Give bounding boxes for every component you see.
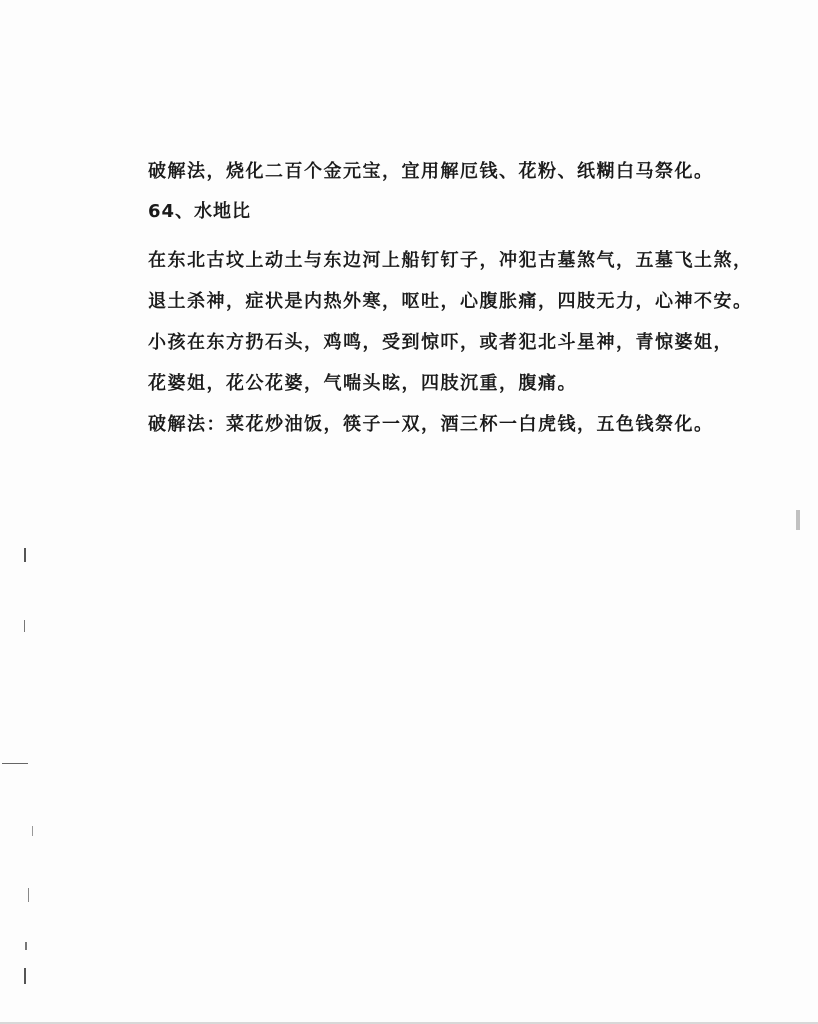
section-heading: 64、水地比	[148, 200, 251, 224]
scanned-page: 破解法，烧化二百个金元宝，宜用解厄钱、花粉、纸糊白马祭化。 64、水地比 在东北…	[0, 0, 818, 1024]
scan-artifact	[2, 763, 28, 764]
paragraph-line-1: 在东北古坟上动土与东边河上船钉钉子，冲犯古墓煞气，五墓飞土煞，	[148, 249, 753, 273]
scan-artifact	[32, 826, 33, 836]
paragraph-line-3: 小孩在东方扔石头，鸡鸣，受到惊吓，或者犯北斗星神，青惊婆姐，	[148, 331, 733, 355]
scan-artifact	[24, 548, 26, 562]
scan-artifact	[28, 888, 29, 902]
scan-artifact	[796, 510, 800, 530]
scan-artifact	[25, 942, 27, 950]
paragraph-line-2: 退土杀神，症状是内热外寒，呕吐，心腹胀痛，四肢无力，心神不安。	[148, 290, 753, 314]
remedy-line-previous: 破解法，烧化二百个金元宝，宜用解厄钱、花粉、纸糊白马祭化。	[148, 160, 714, 184]
remedy-line: 破解法：菜花炒油饭，筷子一双，酒三杯一白虎钱，五色钱祭化。	[148, 413, 714, 437]
paragraph-line-4: 花婆姐，花公花婆，气喘头眩，四肢沉重，腹痛。	[148, 372, 577, 396]
scan-artifact	[24, 968, 26, 984]
scan-artifact	[24, 620, 25, 632]
